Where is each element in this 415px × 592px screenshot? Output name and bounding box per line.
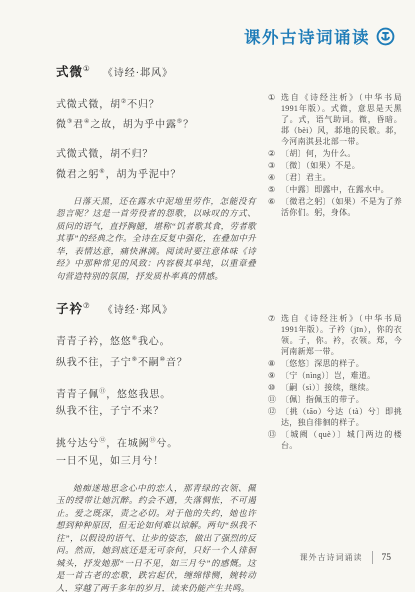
note-text: 〔微君之躬〕（如果）不是为了养活你们。躬，身体。 bbox=[281, 197, 402, 217]
note-number: ⑫ bbox=[268, 406, 276, 417]
note-number: ⑩ bbox=[268, 382, 275, 393]
poem-section-shiwei: 式微①《诗经·邶风》 式微式微，胡②不归？ 微③君④之故，胡为乎中露⑤？ 式微式… bbox=[56, 62, 256, 282]
note-number: ⑧ bbox=[268, 358, 275, 369]
poem-line: 式微式微，胡②不归？ bbox=[56, 93, 256, 113]
note-number: ⑥ bbox=[268, 196, 275, 207]
poem-name: 式微 bbox=[56, 65, 83, 79]
poem-commentary: 她痴迷地思念心中的恋人，那青绿的衣领、佩玉的绶带让她沉醉。约会不遇，失落惆怅，不… bbox=[56, 482, 256, 592]
footer-divider bbox=[372, 551, 373, 564]
note-text: 〔悠悠〕深思的样子。 bbox=[281, 359, 364, 368]
note-item: ⑫ 〔挑（tāo）兮达（tà）兮〕即挑达，独自徘徊的样子。 bbox=[268, 406, 402, 428]
note-number: ④ bbox=[268, 172, 275, 183]
stanza: 式微式微，胡②不归？ 微③君④之故，胡为乎中露⑤？ bbox=[56, 93, 256, 134]
note-number: ⑦ bbox=[268, 313, 275, 324]
footer-page-number: 75 bbox=[382, 553, 392, 563]
note-text: 选自《诗经注析》（中华书局1991年版）。式微，意思是天黑了。式，语气助词。微，… bbox=[281, 93, 402, 146]
margin-notes-column: ① 选自《诗经注析》（中华书局1991年版）。式微，意思是天黑了。式，语气助词。… bbox=[268, 92, 402, 451]
poem-line: 纵我不往，子宁⑨不嗣⑩音？ bbox=[56, 351, 256, 371]
textbook-page: 课外古诗词诵读 式微①《诗经·邶风》 式微式微，胡②不归？ 微③君④之故，胡为乎… bbox=[0, 0, 415, 592]
notes-group-shiwei: ① 选自《诗经注析》（中华书局1991年版）。式微，意思是天黑了。式，语气助词。… bbox=[268, 92, 402, 218]
note-number: ⑬ bbox=[268, 429, 276, 440]
note-item: ⑪ 〔佩〕指佩玉的带子。 bbox=[268, 394, 402, 405]
note-item: ⑦ 选自《诗经注析》（中华书局1991年版）。子衿（jīn），你的衣领。子，你。… bbox=[268, 313, 402, 357]
note-text: 〔佩〕指佩玉的带子。 bbox=[281, 395, 364, 404]
note-item: ⑤ 〔中露〕即露中，在露水中。 bbox=[268, 184, 402, 195]
poem-section-zijin: 子衿⑦《诗经·郑风》 青青子衿，悠悠⑧我心。 纵我不往，子宁⑨不嗣⑩音？ 青青子… bbox=[56, 299, 256, 592]
note-text: 〔挑（tāo）兮达（tà）兮〕即挑达，独自徘徊的样子。 bbox=[281, 407, 402, 427]
poem-source: 《诗经·邶风》 bbox=[103, 68, 173, 79]
note-number: ⑨ bbox=[268, 370, 275, 381]
poem-name: 子衿 bbox=[56, 302, 83, 316]
note-number: ① bbox=[268, 92, 275, 103]
stanza: 式微式微，胡不归？ 微君之躬⑥，胡为乎泥中？ bbox=[56, 146, 256, 183]
note-number: ⑪ bbox=[268, 394, 276, 405]
poem-line: 青青子衿，悠悠⑧我心。 bbox=[56, 330, 256, 350]
note-item: ③ 〔微〕（如果）不是。 bbox=[268, 160, 402, 171]
note-text: 〔宁（nìng）〕岂，难道。 bbox=[281, 371, 375, 380]
note-number: ② bbox=[268, 148, 275, 159]
note-item: ⑬ 〔城阙（què）〕城门两边的楼台。 bbox=[268, 429, 402, 451]
note-text: 〔君〕君主。 bbox=[281, 173, 331, 182]
poem-source: 《诗经·郑风》 bbox=[103, 305, 173, 316]
note-number: ⑤ bbox=[268, 184, 275, 195]
anchor-badge-icon bbox=[376, 27, 395, 46]
page-header-title: 课外古诗词诵读 bbox=[244, 24, 370, 48]
note-text: 〔中露〕即露中，在露水中。 bbox=[281, 185, 389, 194]
poem-title-zijin: 子衿⑦《诗经·郑风》 bbox=[56, 299, 256, 317]
poem-line: 纵我不往，子宁不来？ bbox=[56, 403, 256, 420]
note-ref: ⑦ bbox=[83, 301, 90, 310]
footer-section-label: 课外古诗词诵读 bbox=[300, 552, 363, 563]
note-item: ② 〔胡〕何，为什么。 bbox=[268, 148, 402, 159]
stanza: 挑兮达兮⑫，在城阙⑬兮。 一日不见，如三月兮！ bbox=[56, 432, 256, 469]
note-text: 〔微〕（如果）不是。 bbox=[281, 161, 360, 170]
note-item: ⑧ 〔悠悠〕深思的样子。 bbox=[268, 358, 402, 369]
note-item: ④ 〔君〕君主。 bbox=[268, 172, 402, 183]
note-item: ⑨ 〔宁（nìng）〕岂，难道。 bbox=[268, 370, 402, 381]
poem-line: 一日不见，如三月兮！ bbox=[56, 453, 256, 470]
note-text: 〔嗣（sì）〕接续，继续。 bbox=[281, 383, 374, 392]
note-number: ③ bbox=[268, 160, 275, 171]
note-item: ⑩ 〔嗣（sì）〕接续，继续。 bbox=[268, 382, 402, 393]
page-footer: 课外古诗词诵读 75 bbox=[300, 551, 392, 564]
poem-line: 微君之躬⑥，胡为乎泥中？ bbox=[56, 163, 256, 183]
stanza: 青青子佩⑪，悠悠我思。 纵我不往，子宁不来？ bbox=[56, 383, 256, 420]
note-ref: ① bbox=[83, 64, 90, 73]
poem-commentary: 日落天黑，还在露水中泥地里劳作，怎能没有怨言呢？这是一首劳役者的怨歌，以咏叹的方… bbox=[56, 195, 256, 283]
poem-title-shiwei: 式微①《诗经·邶风》 bbox=[56, 62, 256, 80]
poem-line: 挑兮达兮⑫，在城阙⑬兮。 bbox=[56, 432, 256, 452]
note-item: ① 选自《诗经注析》（中华书局1991年版）。式微，意思是天黑了。式，语气助词。… bbox=[268, 92, 402, 147]
notes-group-zijin: ⑦ 选自《诗经注析》（中华书局1991年版）。子衿（jīn），你的衣领。子，你。… bbox=[268, 313, 402, 451]
poem-line: 青青子佩⑪，悠悠我思。 bbox=[56, 383, 256, 403]
poem-line: 式微式微，胡不归？ bbox=[56, 146, 256, 163]
main-column: 式微①《诗经·邶风》 式微式微，胡②不归？ 微③君④之故，胡为乎中露⑤？ 式微式… bbox=[56, 58, 256, 592]
stanza: 青青子衿，悠悠⑧我心。 纵我不往，子宁⑨不嗣⑩音？ bbox=[56, 330, 256, 371]
page-header: 课外古诗词诵读 bbox=[244, 24, 395, 48]
note-item: ⑥ 〔微君之躬〕（如果）不是为了养活你们。躬，身体。 bbox=[268, 196, 402, 218]
note-text: 选自《诗经注析》（中华书局1991年版）。子衿（jīn），你的衣领。子，你。衿，… bbox=[281, 314, 402, 356]
poem-line: 微③君④之故，胡为乎中露⑤？ bbox=[56, 113, 256, 133]
note-text: 〔胡〕何，为什么。 bbox=[281, 149, 356, 158]
note-text: 〔城阙（què）〕城门两边的楼台。 bbox=[281, 430, 402, 450]
